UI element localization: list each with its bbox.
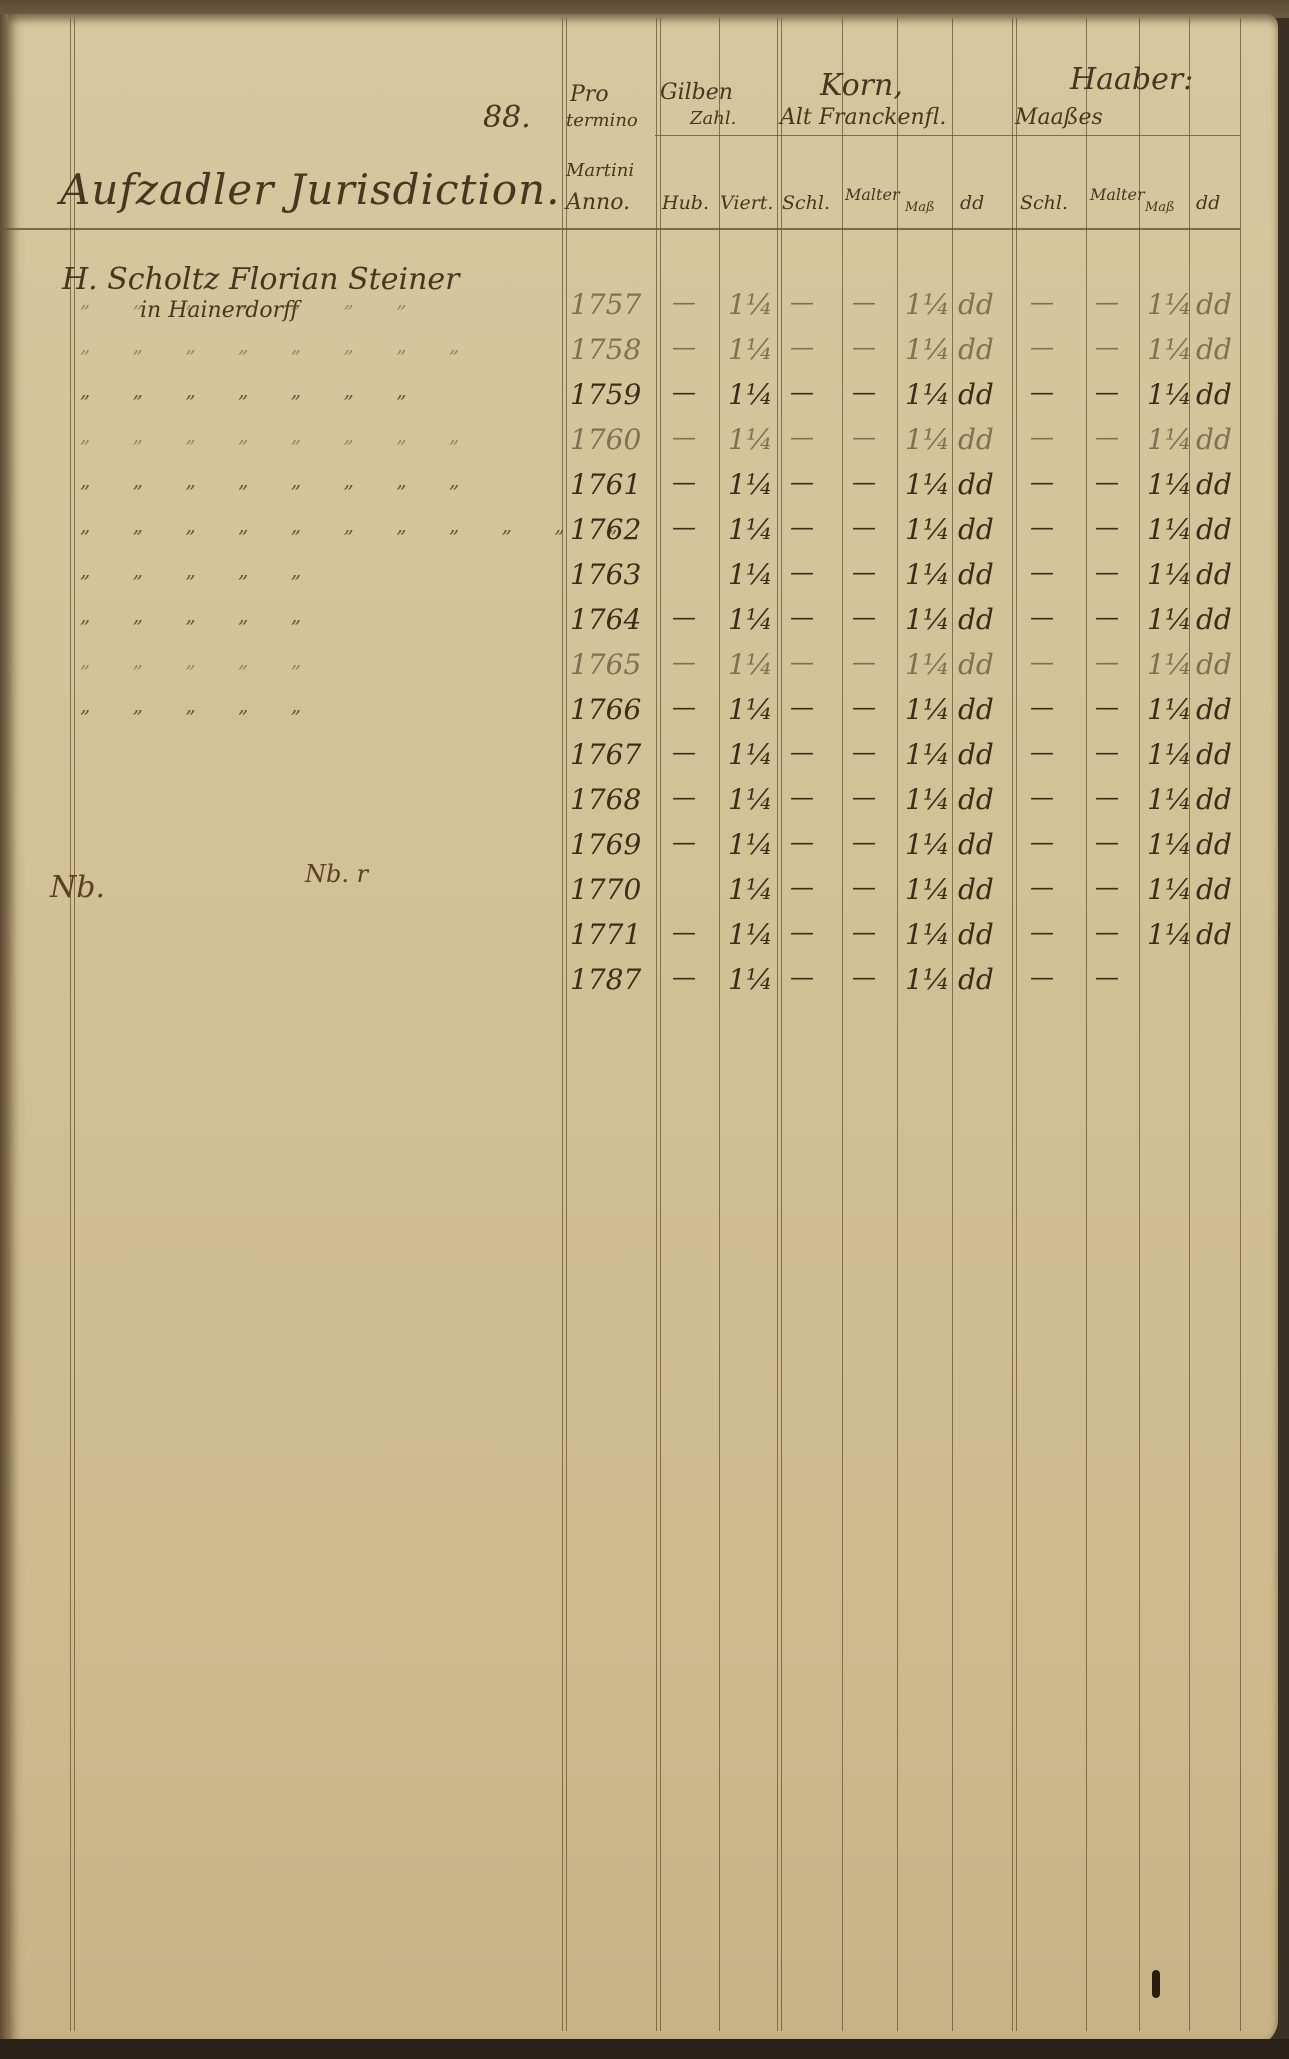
cell-year: 1757 (570, 288, 641, 321)
cell-year: 1767 (570, 738, 641, 771)
cell-haber-mass: 1¼ (1147, 378, 1192, 411)
cell-korn-dd: dd (958, 738, 994, 771)
cell-korn-schl: — (790, 423, 814, 451)
header-gilben: Gilben (660, 80, 733, 105)
cell-year: 1787 (570, 963, 641, 996)
cell-korn-schl: — (790, 513, 814, 541)
cell-korn-mass: 1¼ (905, 558, 950, 591)
header-anno: Anno. (566, 190, 630, 215)
margin-note-middle: Nb. r (305, 860, 368, 888)
subheader-korn-schl: Schl. (782, 192, 830, 214)
cell-korn-mass: 1¼ (905, 603, 950, 636)
cell-haber-malter: — (1095, 513, 1119, 541)
subheader-hub: Hub. (662, 192, 709, 214)
cell-korn-mass: 1¼ (905, 873, 950, 906)
cell-haber-mass: 1¼ (1147, 513, 1192, 546)
cell-haber-dd: dd (1196, 513, 1232, 546)
cell-haber-mass: 1¼ (1147, 333, 1192, 366)
cell-haber-malter: — (1095, 648, 1119, 676)
cell-haber-mass: 1¼ (1147, 828, 1192, 861)
cell-korn-mass: 1¼ (905, 693, 950, 726)
cell-korn-mass: 1¼ (905, 513, 950, 546)
table-row: „ „ „ „ „ „ „ „ „ „ „1762—1¼——1¼dd——1¼dd (0, 513, 1289, 561)
cell-viert: 1¼ (728, 468, 773, 501)
header-pro: Pro (570, 82, 609, 107)
table-row: „ „ „ „ „ „ „1759—1¼——1¼dd——1¼dd (0, 378, 1289, 426)
cell-korn-dd: dd (958, 828, 994, 861)
cell-year: 1769 (570, 828, 641, 861)
cell-korn-mass: 1¼ (905, 648, 950, 681)
cell-korn-malter: — (852, 963, 876, 991)
cell-korn-schl: — (790, 288, 814, 316)
cell-ditto: „ „ „ „ „ „ „ „ (80, 333, 477, 357)
subheader-korn-mass: Maß (905, 200, 935, 215)
cell-year: 1758 (570, 333, 641, 366)
cell-viert: 1¼ (728, 873, 773, 906)
cell-korn-schl: — (790, 873, 814, 901)
cell-korn-schl: — (790, 738, 814, 766)
cell-haber-dd: dd (1196, 873, 1232, 906)
cell-korn-malter: — (852, 468, 876, 496)
cell-haber-malter: — (1095, 468, 1119, 496)
cell-haber-schl: — (1030, 783, 1054, 811)
cell-korn-schl: — (790, 558, 814, 586)
cell-ditto: „ „ „ „ „ (80, 648, 319, 672)
cell-korn-schl: — (790, 468, 814, 496)
cell-korn-malter: — (852, 288, 876, 316)
header-termino: termino (566, 110, 638, 131)
cell-hub: — (672, 648, 696, 676)
cell-korn-schl: — (790, 828, 814, 856)
cell-korn-schl: — (790, 918, 814, 946)
table-row: „ „ „ „ „1765—1¼——1¼dd——1¼dd (0, 648, 1289, 696)
cell-haber-schl: — (1030, 423, 1054, 451)
cell-hub: — (672, 468, 696, 496)
cell-haber-mass: 1¼ (1147, 468, 1192, 501)
cell-viert: 1¼ (728, 648, 773, 681)
cell-ditto: „ „ „ „ „ (80, 693, 319, 717)
cell-viert: 1¼ (728, 288, 773, 321)
cell-korn-dd: dd (958, 963, 994, 996)
cell-hub: — (672, 603, 696, 631)
cell-hub: — (672, 423, 696, 451)
cell-haber-schl: — (1030, 378, 1054, 406)
cell-korn-schl: — (790, 333, 814, 361)
cell-haber-malter: — (1095, 783, 1119, 811)
cell-korn-mass: 1¼ (905, 423, 950, 456)
cell-korn-mass: 1¼ (905, 288, 950, 321)
cell-korn-dd: dd (958, 378, 994, 411)
table-row: „ „ „ „ „ „ „ „1758—1¼——1¼dd——1¼dd (0, 333, 1289, 381)
cell-haber-malter: — (1095, 963, 1119, 991)
table-row: 1787—1¼——1¼dd—— (0, 963, 1289, 1011)
cell-hub: — (672, 738, 696, 766)
cell-haber-dd: dd (1196, 918, 1232, 951)
subheader-korn-malter: Malter (845, 185, 900, 204)
subheader-korn-dd: dd (960, 192, 984, 214)
cell-year: 1762 (570, 513, 641, 546)
cell-viert: 1¼ (728, 378, 773, 411)
cell-haber-malter: — (1095, 333, 1119, 361)
cell-haber-dd: dd (1196, 423, 1232, 456)
cell-viert: 1¼ (728, 558, 773, 591)
cell-haber-schl: — (1030, 873, 1054, 901)
cell-haber-malter: — (1095, 873, 1119, 901)
cell-hub: — (672, 288, 696, 316)
cell-haber-schl: — (1030, 603, 1054, 631)
cell-viert: 1¼ (728, 693, 773, 726)
cell-ditto: „ „ „ „ „ „ „ (80, 378, 425, 402)
cell-haber-mass: 1¼ (1147, 558, 1192, 591)
table-row: „ „ „ „ „1766—1¼——1¼dd——1¼dd (0, 693, 1289, 741)
cell-hub: — (672, 963, 696, 991)
cell-korn-dd: dd (958, 783, 994, 816)
cell-haber-malter: — (1095, 918, 1119, 946)
cell-haber-mass: 1¼ (1147, 693, 1192, 726)
cell-haber-schl: — (1030, 828, 1054, 856)
cell-korn-malter: — (852, 378, 876, 406)
ink-blot (1152, 1970, 1160, 1998)
cell-korn-malter: — (852, 333, 876, 361)
cell-korn-dd: dd (958, 873, 994, 906)
cell-korn-mass: 1¼ (905, 918, 950, 951)
cell-haber-mass: 1¼ (1147, 288, 1192, 321)
cell-viert: 1¼ (728, 333, 773, 366)
cell-haber-schl: — (1030, 468, 1054, 496)
table-row: 1767—1¼——1¼dd——1¼dd (0, 738, 1289, 786)
cell-korn-mass: 1¼ (905, 783, 950, 816)
table-row: 1769—1¼——1¼dd——1¼dd (0, 828, 1289, 876)
cell-ditto: „ „ „ „ „ „ „ (80, 288, 425, 312)
cell-korn-schl: — (790, 648, 814, 676)
cell-korn-malter: — (852, 648, 876, 676)
cell-viert: 1¼ (728, 918, 773, 951)
cell-viert: 1¼ (728, 738, 773, 771)
table-row: „ „ „ „ „ „ „ „1760—1¼——1¼dd——1¼dd (0, 423, 1289, 471)
cell-haber-dd: dd (1196, 603, 1232, 636)
cell-year: 1766 (570, 693, 641, 726)
cell-viert: 1¼ (728, 603, 773, 636)
cell-korn-malter: — (852, 738, 876, 766)
cell-year: 1765 (570, 648, 641, 681)
cell-korn-malter: — (852, 873, 876, 901)
cell-haber-dd: dd (1196, 288, 1232, 321)
cell-korn-malter: — (852, 918, 876, 946)
cell-korn-dd: dd (958, 288, 994, 321)
cell-haber-mass: 1¼ (1147, 423, 1192, 456)
cell-korn-dd: dd (958, 693, 994, 726)
header-gilben-sub: Zahl. (690, 108, 736, 129)
cell-korn-dd: dd (958, 603, 994, 636)
cell-ditto: „ „ „ „ „ „ „ „ „ „ „ (80, 513, 636, 537)
cell-korn-dd: dd (958, 513, 994, 546)
cell-haber-dd: dd (1196, 693, 1232, 726)
cell-haber-schl: — (1030, 513, 1054, 541)
cell-korn-dd: dd (958, 468, 994, 501)
cell-hub: — (672, 513, 696, 541)
cell-viert: 1¼ (728, 828, 773, 861)
cell-haber-dd: dd (1196, 828, 1232, 861)
cell-korn-mass: 1¼ (905, 828, 950, 861)
cell-haber-malter: — (1095, 828, 1119, 856)
cell-korn-malter: — (852, 783, 876, 811)
table-row: 1768—1¼——1¼dd——1¼dd (0, 783, 1289, 831)
cell-viert: 1¼ (728, 783, 773, 816)
cell-year: 1763 (570, 558, 641, 591)
cell-hub: — (672, 783, 696, 811)
cell-korn-schl: — (790, 378, 814, 406)
header-haber-sub: Maaßes (1015, 105, 1103, 130)
cell-haber-schl: — (1030, 738, 1054, 766)
cell-korn-dd: dd (958, 423, 994, 456)
cell-year: 1770 (570, 873, 641, 906)
cell-haber-dd: dd (1196, 333, 1232, 366)
subheader-haber-dd: dd (1196, 192, 1220, 214)
table-row: „ „ „ „ „1764—1¼——1¼dd——1¼dd (0, 603, 1289, 651)
cell-korn-malter: — (852, 558, 876, 586)
cell-haber-mass: 1¼ (1147, 918, 1192, 951)
cell-korn-mass: 1¼ (905, 468, 950, 501)
cell-viert: 1¼ (728, 513, 773, 546)
cell-korn-mass: 1¼ (905, 963, 950, 996)
header-group-line (655, 135, 1240, 136)
cell-ditto: „ „ „ „ „ (80, 603, 319, 627)
cell-korn-schl: — (790, 603, 814, 631)
cell-haber-dd: dd (1196, 558, 1232, 591)
cell-year: 1759 (570, 378, 641, 411)
cell-hub: — (672, 828, 696, 856)
cell-haber-mass: 1¼ (1147, 738, 1192, 771)
table-row: „ „ „ „ „ „ „1757—1¼——1¼dd——1¼dd (0, 288, 1289, 336)
cell-korn-mass: 1¼ (905, 333, 950, 366)
header-korn: Korn, (820, 68, 903, 103)
cell-viert: 1¼ (728, 963, 773, 996)
margin-note-left: Nb. (50, 870, 105, 905)
cell-haber-schl: — (1030, 558, 1054, 586)
cell-year: 1760 (570, 423, 641, 456)
cell-korn-dd: dd (958, 918, 994, 951)
cell-korn-dd: dd (958, 333, 994, 366)
cell-ditto: „ „ „ „ „ „ „ „ (80, 423, 477, 447)
cell-haber-malter: — (1095, 558, 1119, 586)
cell-korn-malter: — (852, 828, 876, 856)
cell-haber-dd: dd (1196, 738, 1232, 771)
cell-korn-dd: dd (958, 558, 994, 591)
cell-year: 1771 (570, 918, 641, 951)
table-row: 1771—1¼——1¼dd——1¼dd (0, 918, 1289, 966)
page-bottom-edge (0, 2039, 1289, 2059)
cell-haber-schl: — (1030, 288, 1054, 316)
cell-haber-malter: — (1095, 603, 1119, 631)
cell-year: 1764 (570, 603, 641, 636)
cell-korn-malter: — (852, 693, 876, 721)
cell-haber-schl: — (1030, 918, 1054, 946)
cell-hub: — (672, 333, 696, 361)
cell-korn-dd: dd (958, 648, 994, 681)
cell-korn-schl: — (790, 783, 814, 811)
cell-hub: — (672, 378, 696, 406)
header-korn-sub: Alt Franckenfl. (780, 105, 946, 130)
cell-haber-mass: 1¼ (1147, 783, 1192, 816)
cell-haber-malter: — (1095, 378, 1119, 406)
cell-korn-mass: 1¼ (905, 378, 950, 411)
cell-haber-schl: — (1030, 963, 1054, 991)
cell-viert: 1¼ (728, 423, 773, 456)
cell-ditto: „ „ „ „ „ (80, 558, 319, 582)
subheader-haber-malter: Malter (1090, 185, 1145, 204)
cell-korn-malter: — (852, 423, 876, 451)
cell-haber-dd: dd (1196, 648, 1232, 681)
cell-haber-malter: — (1095, 693, 1119, 721)
cell-year: 1761 (570, 468, 641, 501)
cell-haber-mass: 1¼ (1147, 648, 1192, 681)
header-martini: Martini (566, 160, 634, 181)
cell-haber-schl: — (1030, 648, 1054, 676)
table-row: „ „ „ „ „17631¼——1¼dd——1¼dd (0, 558, 1289, 606)
subheader-haber-mass: Maß (1145, 200, 1175, 215)
cell-haber-malter: — (1095, 738, 1119, 766)
cell-korn-schl: — (790, 693, 814, 721)
cell-haber-dd: dd (1196, 378, 1232, 411)
table-row: „ „ „ „ „ „ „ „1761—1¼——1¼dd——1¼dd (0, 468, 1289, 516)
page-number: 88. (483, 100, 531, 135)
cell-hub: — (672, 918, 696, 946)
cell-year: 1768 (570, 783, 641, 816)
cell-haber-schl: — (1030, 693, 1054, 721)
cell-haber-mass: 1¼ (1147, 603, 1192, 636)
subheader-haber-schl: Schl. (1020, 192, 1068, 214)
header-haber: Haaber: (1070, 62, 1193, 97)
cell-korn-schl: — (790, 963, 814, 991)
cell-haber-malter: — (1095, 423, 1119, 451)
cell-haber-mass: 1¼ (1147, 873, 1192, 906)
cell-haber-malter: — (1095, 288, 1119, 316)
header-bottom-line (0, 228, 1240, 230)
table-row: 17701¼——1¼dd——1¼dd (0, 873, 1289, 921)
cell-haber-schl: — (1030, 333, 1054, 361)
cell-hub: — (672, 693, 696, 721)
cell-korn-mass: 1¼ (905, 738, 950, 771)
cell-korn-malter: — (852, 603, 876, 631)
cell-ditto: „ „ „ „ „ „ „ „ (80, 468, 477, 492)
cell-haber-dd: dd (1196, 468, 1232, 501)
subheader-viert: Viert. (720, 192, 773, 214)
page-title: Aufzadler Jurisdiction. (60, 165, 560, 214)
cell-korn-malter: — (852, 513, 876, 541)
cell-haber-dd: dd (1196, 783, 1232, 816)
